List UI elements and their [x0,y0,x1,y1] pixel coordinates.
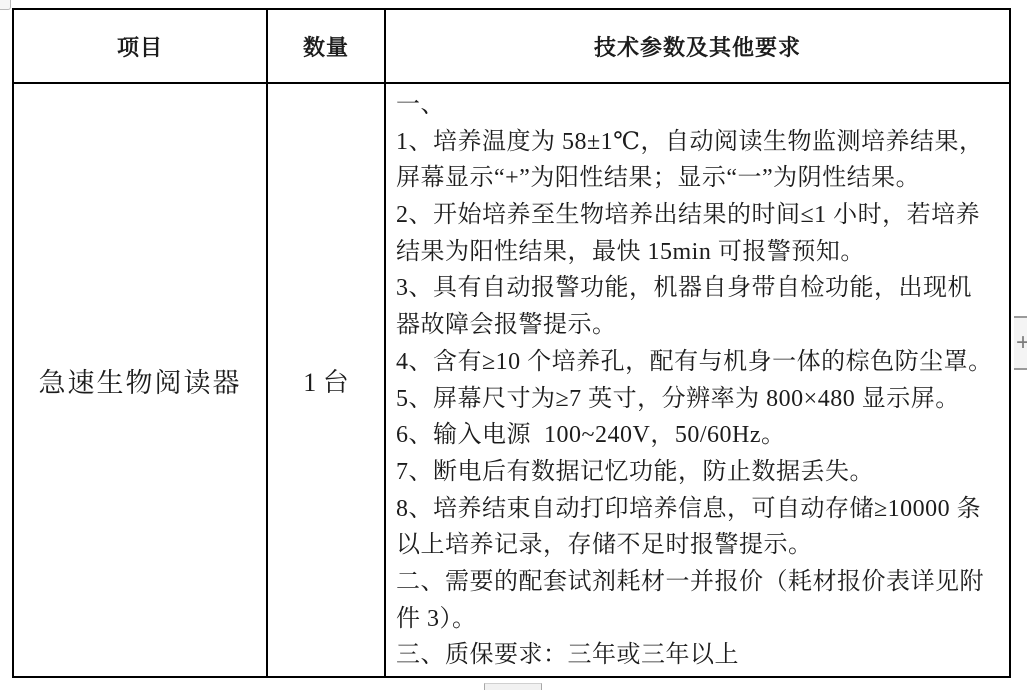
header-cell-quantity: 数量 [268,10,386,84]
spec-line: 8、培养结束自动打印培养信息，可自动存储≥10000 条 [396,491,1003,528]
header-cell-item: 项目 [14,10,268,84]
spec-line: 二、需要的配套试剂耗材一并报价（耗材报价表详见附 [396,564,1003,601]
spec-line: 结果为阳性结果，最快 15min 可报警预知。 [396,234,1003,271]
spec-table: 项目 数量 技术参数及其他要求 急速生物阅读器 1 台 一、1、培养温度为 58… [12,8,1011,678]
specs-cell: 一、1、培养温度为 58±1℃，自动阅读生物监测培养结果，屏幕显示“+”为阳性结… [386,84,1009,676]
spec-line: 7、断电后有数据记忆功能，防止数据丢失。 [396,454,1003,491]
spec-line: 1、培养温度为 58±1℃，自动阅读生物监测培养结果， [396,124,1003,161]
plus-button[interactable]: + [1014,316,1027,370]
window-corner-fragment [0,0,11,10]
spec-line: 3、具有自动报警功能，机器自身带自检功能，出现机 [396,270,1003,307]
spec-line: 屏幕显示“+”为阳性结果；显示“一”为阴性结果。 [396,160,1003,197]
spec-line: 件 3）。 [396,601,1003,638]
spec-line: 5、屏幕尺寸为≥7 英寸，分辨率为 800×480 显示屏。 [396,381,1003,418]
spec-line: 以上培养记录，存储不足时报警提示。 [396,527,1003,564]
quantity-cell: 1 台 [268,84,386,676]
item-name-cell: 急速生物阅读器 [14,84,268,676]
header-cell-specs: 技术参数及其他要求 [386,10,1009,84]
document-page: 项目 数量 技术参数及其他要求 急速生物阅读器 1 台 一、1、培养温度为 58… [0,0,1027,690]
spec-line: 器故障会报警提示。 [396,307,1003,344]
plus-icon: + [1016,329,1027,357]
spec-line: 三、质保要求：三年或三年以上 [396,637,1003,674]
scrollbar-fragment[interactable] [484,683,542,690]
spec-line: 2、开始培养至生物培养出结果的时间≤1 小时，若培养 [396,197,1003,234]
spec-line: 4、含有≥10 个培养孔，配有与机身一体的棕色防尘罩。 [396,344,1003,381]
spec-line: 6、输入电源 100~240V，50/60Hz。 [396,417,1003,454]
spec-line: 一、 [396,87,1003,124]
